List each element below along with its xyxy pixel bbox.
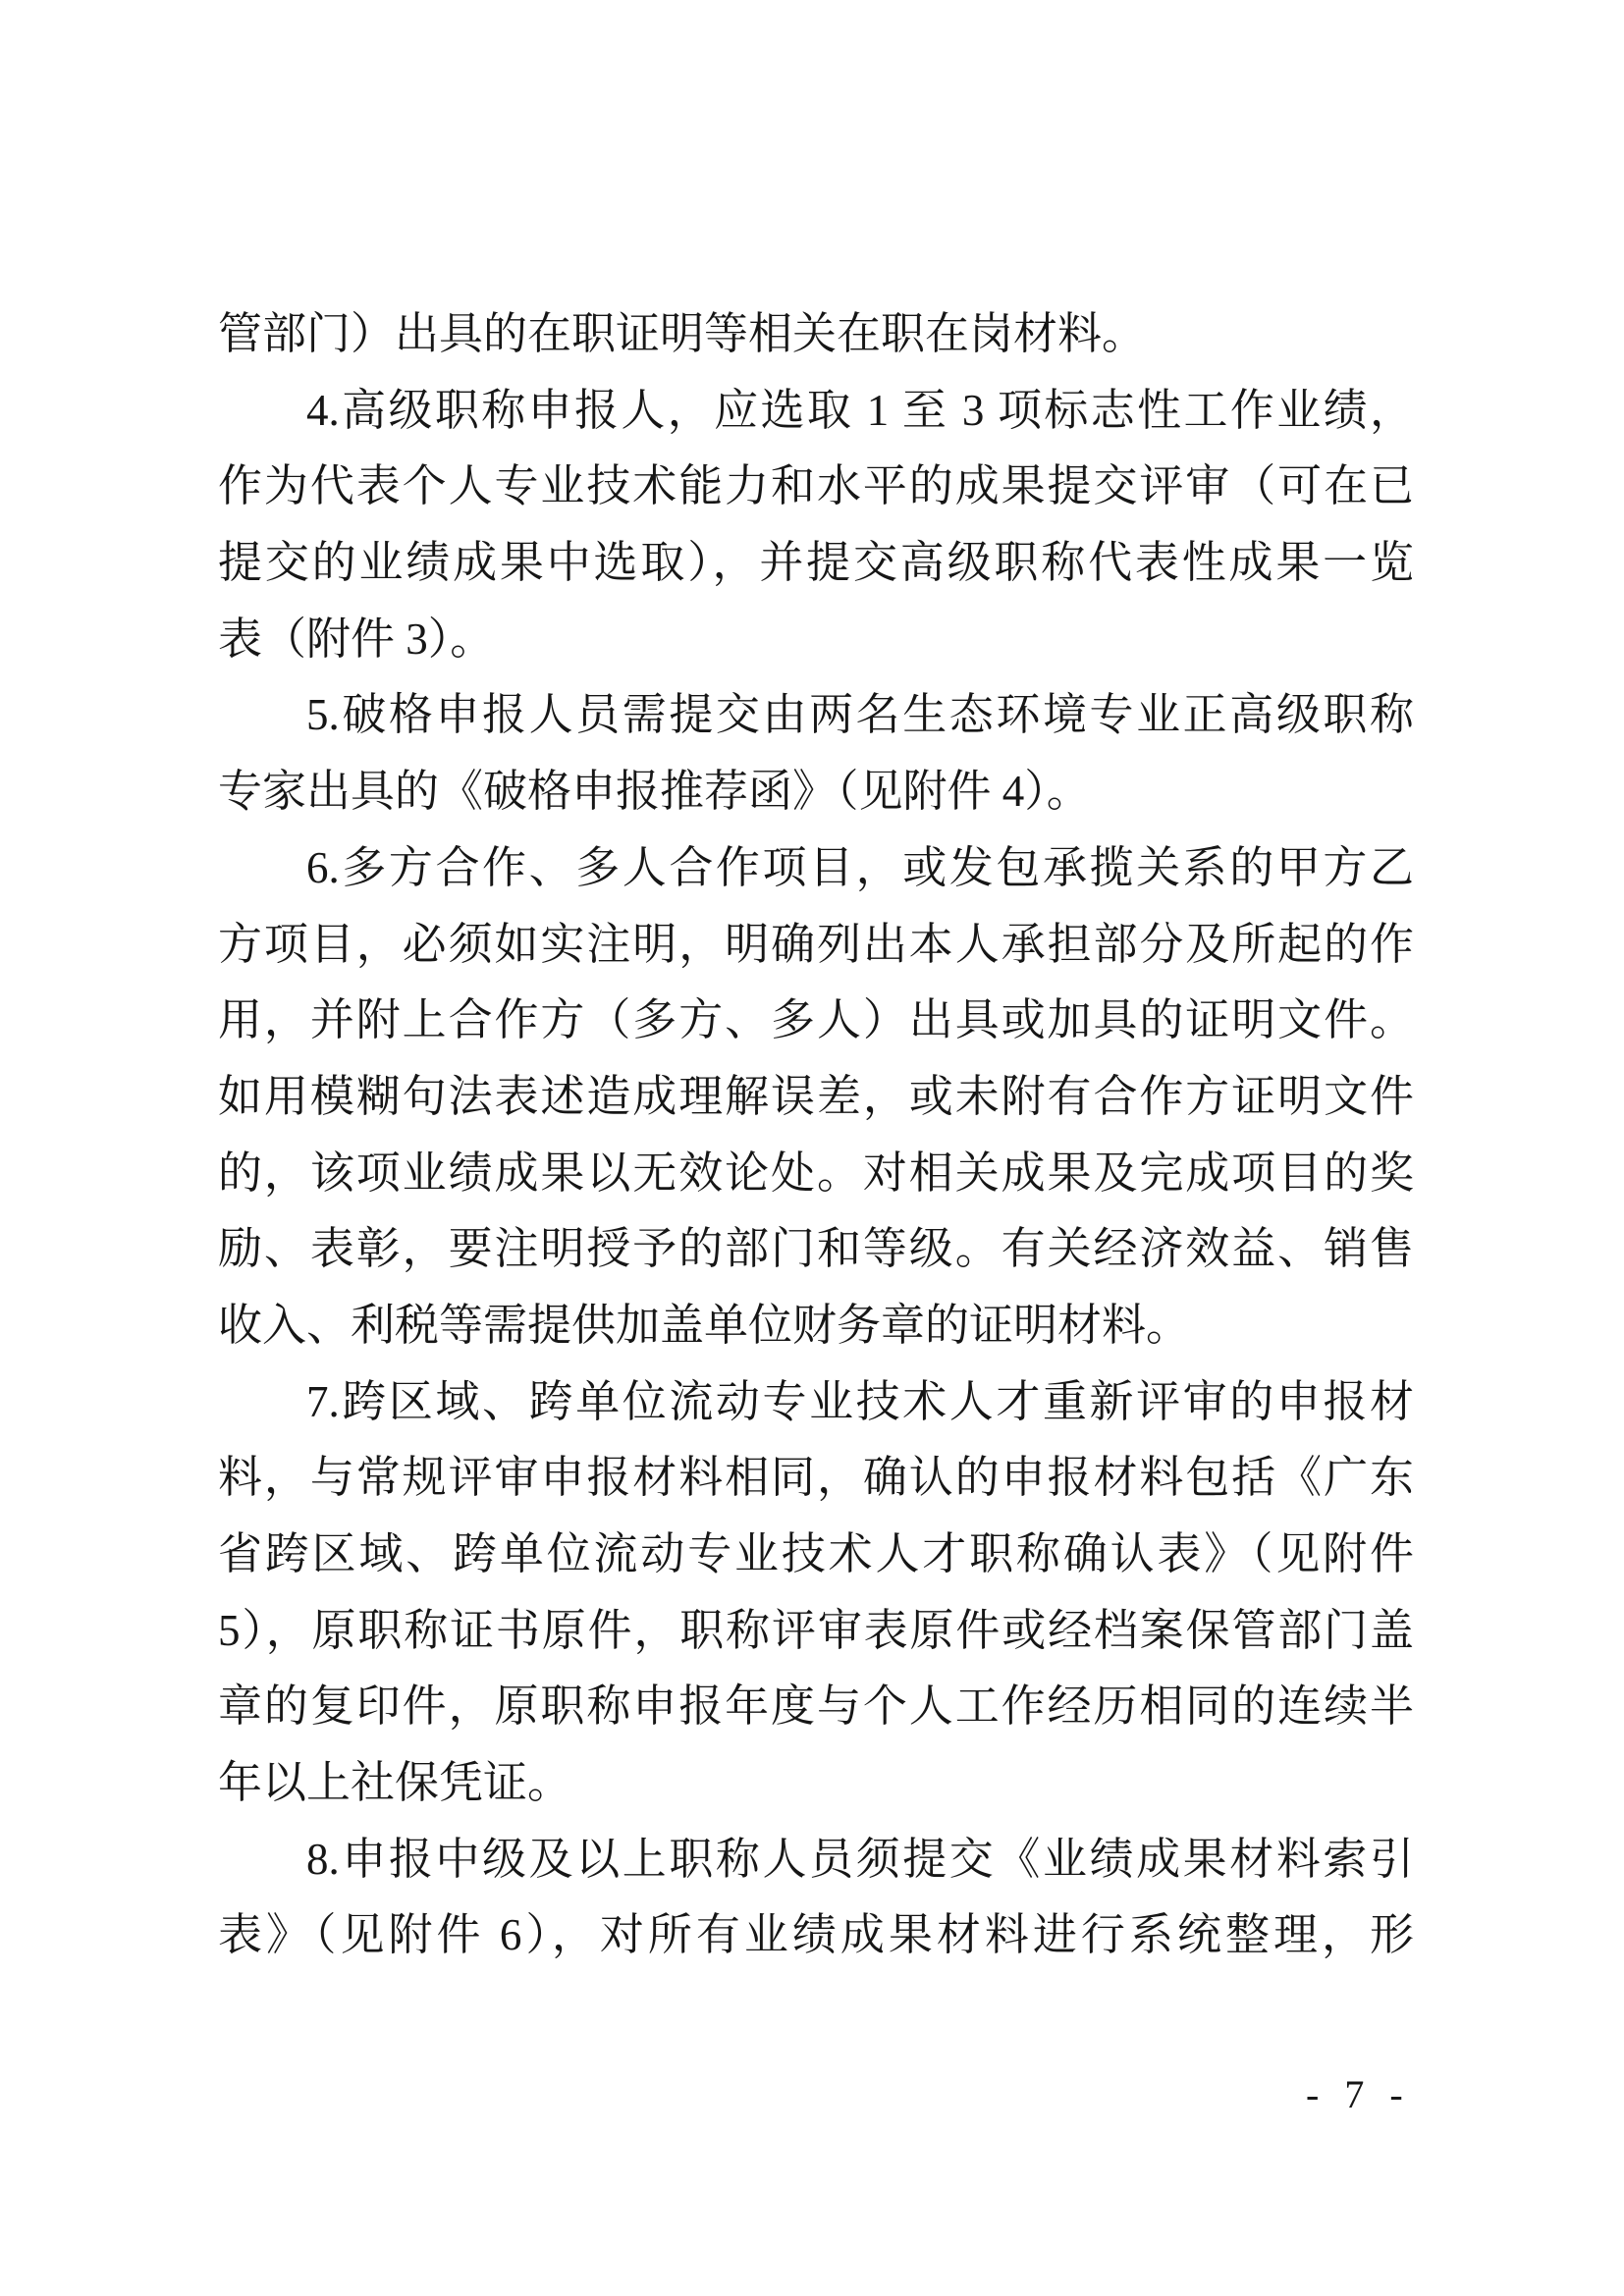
text-line: 章的复印件，原职称申报年度与个人工作经历相同的连续半: [218, 1669, 1414, 1745]
text-line: 专家出具的《破格申报推荐函》（见附件 4）。: [218, 754, 1414, 830]
text-line: 表（附件 3）。: [218, 602, 1414, 678]
text-line: 如用模糊句法表述造成理解误差，或未附有合作方证明文件: [218, 1059, 1414, 1136]
text-line: 省跨区域、跨单位流动专业技术人才职称确认表》（见附件: [218, 1517, 1414, 1593]
text-line: 年以上社保凭证。: [218, 1745, 1414, 1822]
text-line: 的，该项业绩成果以无效论处。对相关成果及完成项目的奖: [218, 1136, 1414, 1212]
text-line: 5），原职称证书原件，职称评审表原件或经档案保管部门盖: [218, 1593, 1414, 1670]
text-line: 料，与常规评审申报材料相同，确认的申报材料包括《广东: [218, 1440, 1414, 1517]
text-line: 5.破格申报人员需提交由两名生态环境专业正高级职称: [218, 677, 1414, 754]
text-line: 管部门）出具的在职证明等相关在职在岗材料。: [218, 296, 1414, 373]
text-line: 4.高级职称申报人，应选取 1 至 3 项标志性工作业绩，: [218, 373, 1414, 450]
text-line: 提交的业绩成果中选取），并提交高级职称代表性成果一览: [218, 525, 1414, 602]
text-line: 7.跨区域、跨单位流动专业技术人才重新评审的申报材: [218, 1364, 1414, 1441]
text-line: 励、表彰，要注明授予的部门和等级。有关经济效益、销售: [218, 1211, 1414, 1288]
body-text-block: 管部门）出具的在职证明等相关在职在岗材料。 4.高级职称申报人，应选取 1 至 …: [218, 296, 1414, 1974]
text-line: 收入、利税等需提供加盖单位财务章的证明材料。: [218, 1288, 1414, 1364]
text-line: 用，并附上合作方（多方、多人）出具或加具的证明文件。: [218, 983, 1414, 1059]
text-line: 8.申报中级及以上职称人员须提交《业绩成果材料索引: [218, 1822, 1414, 1898]
document-page: 管部门）出具的在职证明等相关在职在岗材料。 4.高级职称申报人，应选取 1 至 …: [0, 0, 1624, 2296]
page-number: - 7 -: [1306, 2073, 1411, 2116]
text-line: 方项目，必须如实注明，明确列出本人承担部分及所起的作: [218, 907, 1414, 984]
text-line: 作为代表个人专业技术能力和水平的成果提交评审（可在已: [218, 449, 1414, 525]
text-line: 表》（见附件 6），对所有业绩成果材料进行系统整理，形: [218, 1897, 1414, 1974]
text-line: 6.多方合作、多人合作项目，或发包承揽关系的甲方乙: [218, 830, 1414, 907]
